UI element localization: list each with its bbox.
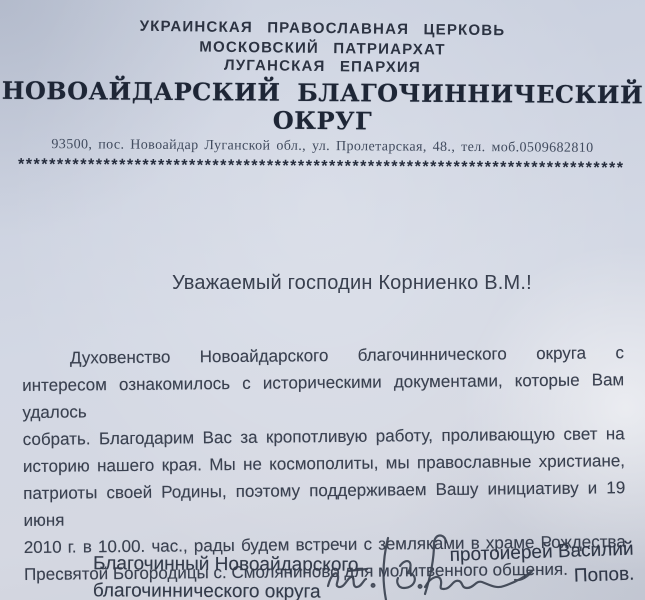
signature-name-block: протоиерей Василий Попов.: [437, 537, 635, 594]
letterhead-district-title-line2: ОКРУГ: [0, 104, 645, 138]
letter-photo: { "document": { "letterhead": { "church"…: [0, 0, 645, 600]
salutation-line: Уважаемый господин Корниенко В.М.!: [172, 272, 532, 295]
letterhead-address-line: 93500, пос. Новоайдар Луганской обл., ул…: [0, 137, 645, 158]
body-line: интересом ознакомилось с историческими д…: [22, 366, 624, 426]
asterisk-divider: ****************************************…: [18, 156, 630, 178]
